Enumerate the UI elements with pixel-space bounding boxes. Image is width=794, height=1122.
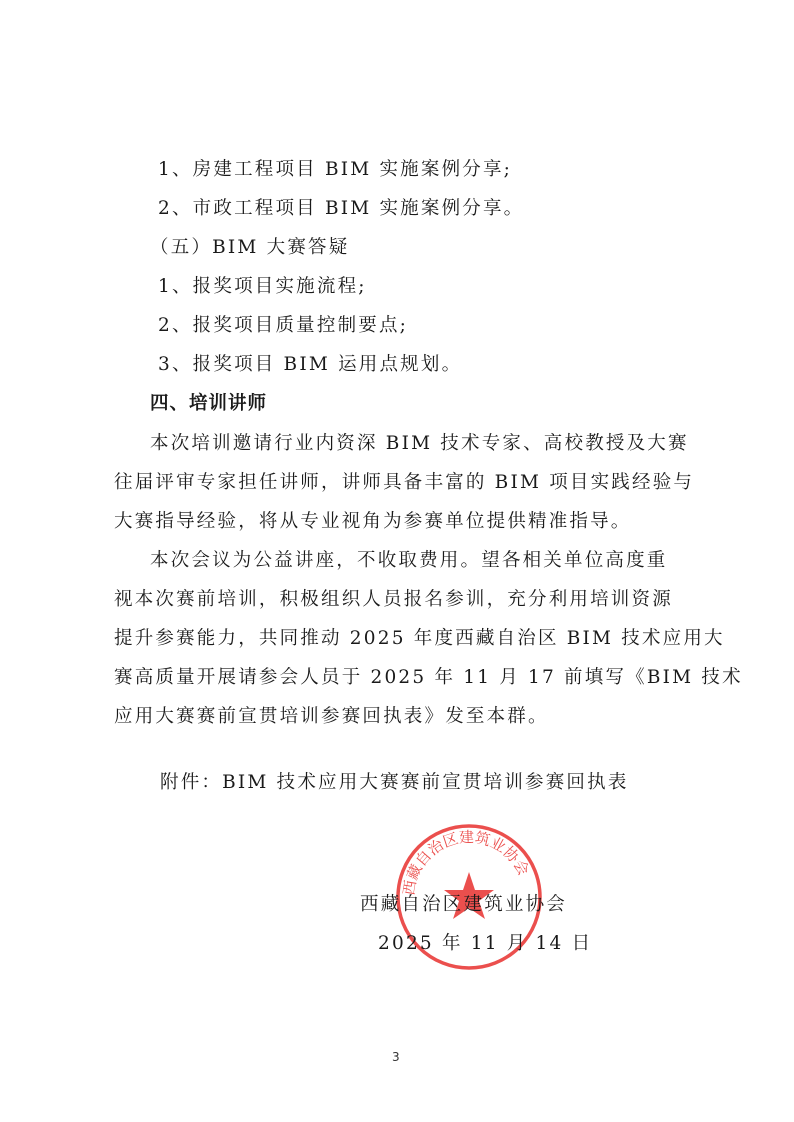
signature-date: 2025 年 11 月 14 日	[378, 932, 592, 956]
subsection-heading: （五）BIM 大赛答疑	[150, 236, 349, 260]
paragraph-line: 大赛指导经验，将从专业视角为参赛单位提供精准指导。	[114, 510, 632, 534]
paragraph-line: 本次培训邀请行业内资深 BIM 技术专家、高校教授及大赛	[150, 432, 689, 456]
list-item: 2、报奖项目质量控制要点;	[158, 314, 408, 338]
paragraph-line: 往届评审专家担任讲师，讲师具备丰富的 BIM 项目实践经验与	[114, 471, 694, 495]
attachment-note: 附件：BIM 技术应用大赛赛前宣贯培训参赛回执表	[160, 771, 629, 795]
list-item: 2、市政工程项目 BIM 实施案例分享。	[158, 197, 524, 221]
paragraph-line: 视本次赛前培训，积极组织人员报名参训，充分利用培训资源	[114, 588, 673, 612]
section-heading: 四、培训讲师	[150, 392, 267, 416]
paragraph-line: 提升参赛能力，共同推动 2025 年度西藏自治区 BIM 技术应用大	[114, 627, 725, 651]
list-item: 3、报奖项目 BIM 运用点规划。	[158, 353, 462, 377]
list-item: 1、报奖项目实施流程;	[158, 275, 367, 299]
paragraph-line: 赛高质量开展请参会人员于 2025 年 11 月 17 前填写《BIM 技术	[114, 666, 743, 690]
paragraph-line: 应用大赛赛前宣贯培训参赛回执表》发至本群。	[114, 705, 549, 729]
paragraph-line: 本次会议为公益讲座，不收取费用。望各相关单位高度重	[150, 549, 668, 573]
list-item: 1、房建工程项目 BIM 实施案例分享;	[158, 158, 512, 182]
signature-organization: 西藏自治区建筑业协会	[360, 893, 567, 917]
page-number: 3	[392, 1050, 400, 1064]
